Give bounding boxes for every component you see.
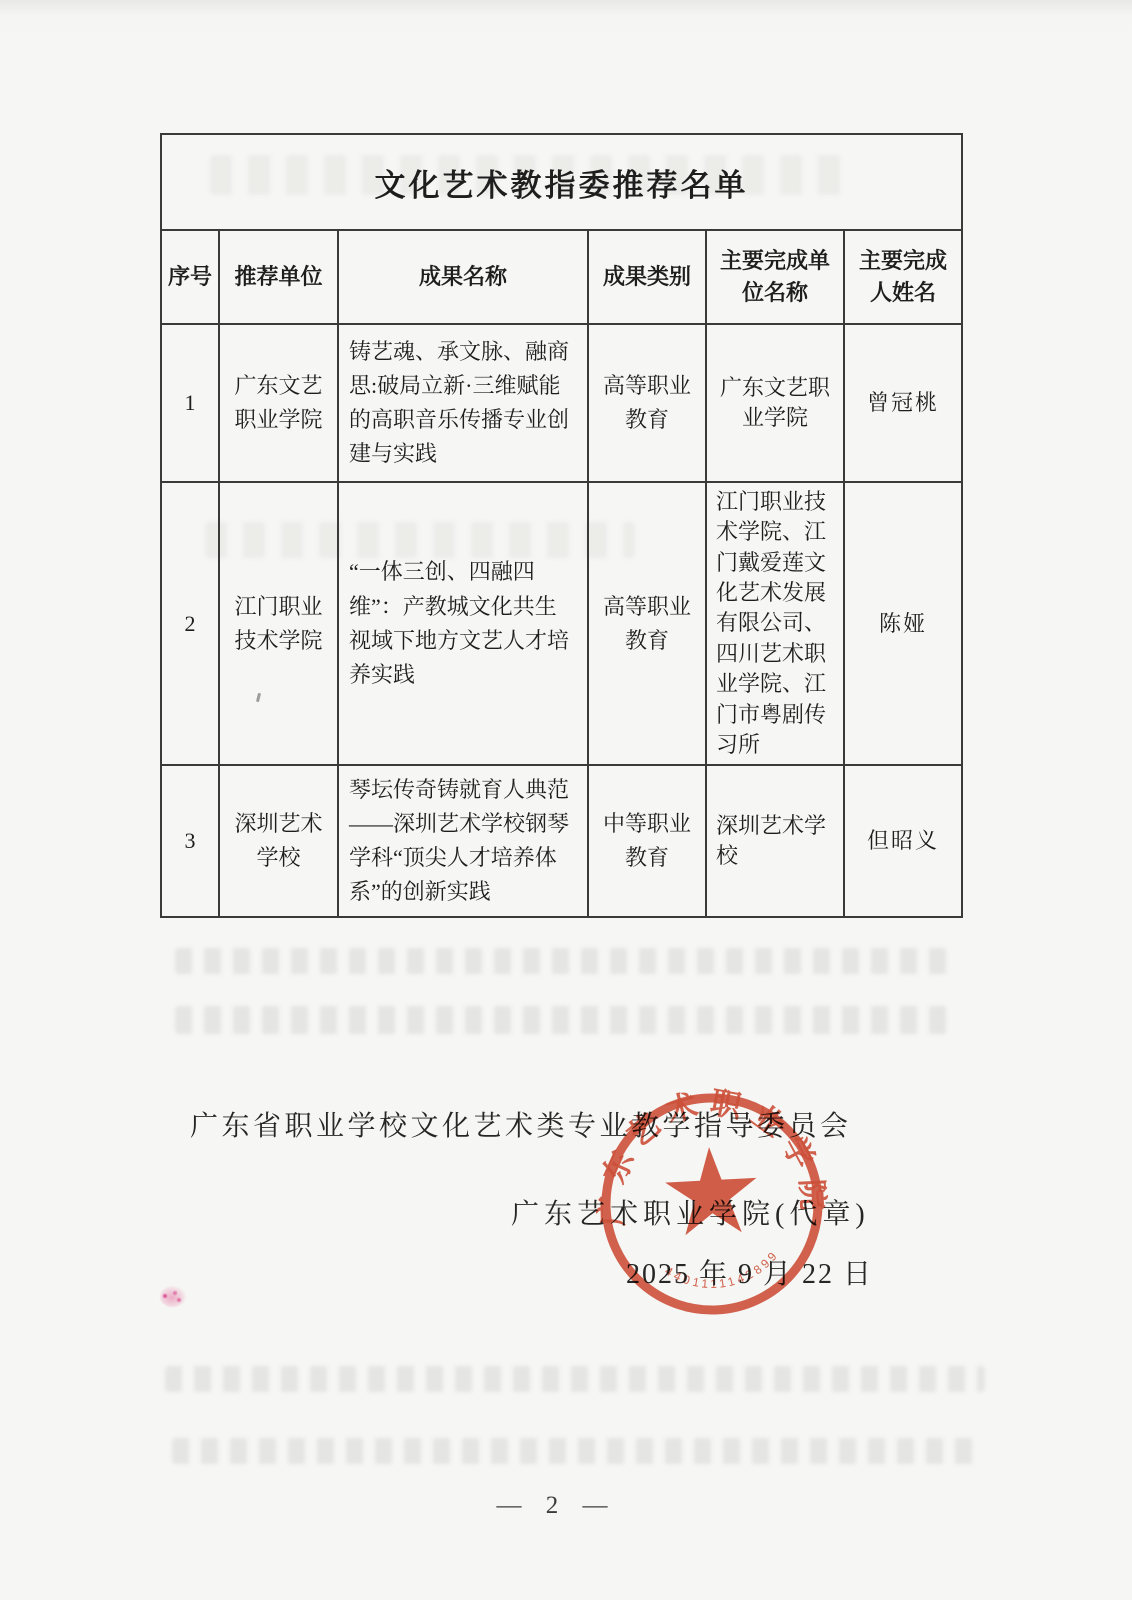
page-number: — 2 — [352, 1492, 752, 1520]
bleed-through-artifact [165, 1366, 985, 1392]
ink-smudge [160, 1286, 186, 1307]
cell-completing-units: 广东文艺职业学院 [706, 324, 844, 482]
cell-recommending-unit: 广东文艺职业学院 [219, 324, 338, 482]
cell-achievement-name: “一体三创、四融四维”：产教城文化共生视域下地方文艺人才培养实践 [338, 482, 588, 765]
cell-completing-units: 江门职业技术学院、江门戴爱莲文化艺术发展有限公司、四川艺术职业学院、江门市粤剧传… [706, 482, 844, 765]
cell-achievement-name: 琴坛传奇铸就育人典范——深圳艺术学校钢琴学科“顶尖人才培养体系”的创新实践 [338, 765, 588, 917]
bleed-through-artifact [175, 1006, 955, 1034]
svg-text:4401111142899: 4401111142899 [661, 1246, 783, 1293]
header-achievement-category: 成果类别 [588, 230, 706, 324]
header-no: 序号 [161, 230, 219, 324]
table-title-row: 文化艺术教指委推荐名单 [161, 134, 962, 230]
cell-no: 1 [161, 324, 219, 482]
cell-completer-name: 曾冠桃 [844, 324, 962, 482]
table-row: 1广东文艺职业学院铸艺魂、承文脉、融商思:破局立新·三维赋能的高职音乐传播专业创… [161, 324, 962, 482]
recommendation-table: 文化艺术教指委推荐名单 序号 推荐单位 成果名称 成果类别 主要完成单位名称 主… [160, 133, 963, 918]
seal-serial-number: 4401111142899 [661, 1246, 783, 1293]
cell-achievement-name: 铸艺魂、承文脉、融商思:破局立新·三维赋能的高职音乐传播专业创建与实践 [338, 324, 588, 482]
scanned-document-page: 文化艺术教指委推荐名单 序号 推荐单位 成果名称 成果类别 主要完成单位名称 主… [0, 0, 1132, 1600]
cell-completer-name: 陈娅 [844, 482, 962, 765]
cell-no: 2 [161, 482, 219, 765]
cell-achievement-category: 高等职业教育 [588, 324, 706, 482]
table-head: 文化艺术教指委推荐名单 序号 推荐单位 成果名称 成果类别 主要完成单位名称 主… [161, 134, 962, 324]
header-achievement-name: 成果名称 [338, 230, 588, 324]
header-recommending-unit: 推荐单位 [219, 230, 338, 324]
official-seal-stamp: 广东艺术职业学院 4401111142899 [596, 1088, 828, 1320]
table-header-row: 序号 推荐单位 成果名称 成果类别 主要完成单位名称 主要完成人姓名 [161, 230, 962, 324]
cell-no: 3 [161, 765, 219, 917]
seal-star-icon [663, 1145, 759, 1236]
table-title: 文化艺术教指委推荐名单 [161, 134, 962, 230]
table-row: 3深圳艺术学校琴坛传奇铸就育人典范——深圳艺术学校钢琴学科“顶尖人才培养体系”的… [161, 765, 962, 917]
cell-completer-name: 但昭义 [844, 765, 962, 917]
table-body: 1广东文艺职业学院铸艺魂、承文脉、融商思:破局立新·三维赋能的高职音乐传播专业创… [161, 324, 962, 917]
cell-achievement-category: 高等职业教育 [588, 482, 706, 765]
bleed-through-artifact [175, 948, 955, 974]
cell-completing-units: 深圳艺术学校 [706, 765, 844, 917]
cell-achievement-category: 中等职业教育 [588, 765, 706, 917]
header-completing-units: 主要完成单位名称 [706, 230, 844, 324]
cell-recommending-unit: 深圳艺术学校 [219, 765, 338, 917]
header-completer-name: 主要完成人姓名 [844, 230, 962, 324]
cell-recommending-unit: 江门职业技术学院 [219, 482, 338, 765]
table-row: 2江门职业技术学院“一体三创、四融四维”：产教城文化共生视域下地方文艺人才培养实… [161, 482, 962, 765]
bleed-through-artifact [172, 1438, 982, 1464]
